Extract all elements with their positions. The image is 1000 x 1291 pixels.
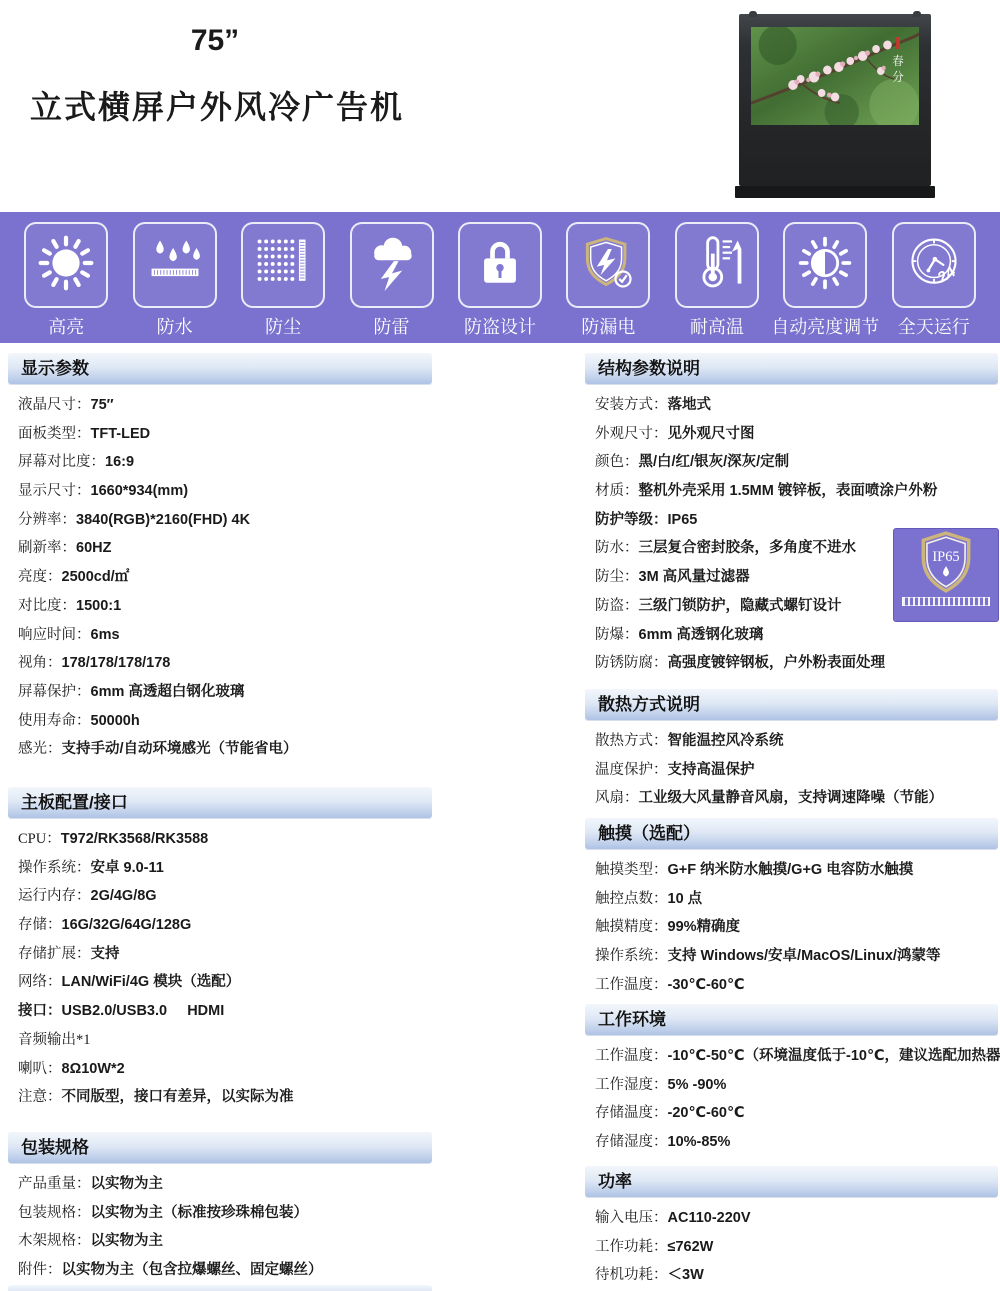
- spec-value: 以实物为主: [91, 1233, 164, 1249]
- spec-value: -20℃-60℃: [668, 1105, 745, 1121]
- spec-value: TFT-LED: [91, 426, 151, 442]
- section-body: 液晶尺寸：75″ 面板类型：TFT-LED 屏幕对比度：16:9 显示尺寸：16…: [8, 384, 432, 764]
- spec-value: 6ms: [91, 627, 120, 643]
- spec-value: 支持高温保护: [668, 762, 755, 778]
- spec-value: 75″: [91, 397, 114, 413]
- feature-icon-box: [566, 222, 650, 308]
- screen-art-text: 春: [892, 55, 904, 68]
- spec-label: 注意：: [18, 1089, 62, 1105]
- spec-row: 屏幕对比度：16:9: [18, 448, 432, 477]
- spec-value: 黑/白/红/银灰/深灰/定制: [639, 454, 790, 470]
- spec-label: 安装方式：: [595, 397, 668, 413]
- spec-value: IP65: [668, 512, 698, 528]
- spec-label: 触摸类型：: [595, 862, 668, 878]
- spec-row: 感光：支持手动/自动环境感光（节能省电）: [18, 735, 432, 764]
- kiosk-screen: 春 分: [751, 27, 919, 125]
- spec-label: 液晶尺寸：: [18, 397, 91, 413]
- feature-label: 防盗设计: [464, 313, 536, 339]
- spec-row: 工作湿度：5% -90%: [595, 1071, 998, 1100]
- page-title: 立式横屏户外风冷广告机: [30, 82, 404, 128]
- spec-row: 防盗：三级门锁防护，隐藏式螺钉设计: [595, 592, 998, 621]
- spec-label: 音频输出*1: [18, 1032, 91, 1048]
- spec-value: 安卓 9.0-11: [91, 860, 164, 876]
- section-title: 显示参数: [21, 359, 89, 378]
- spec-value: 见外观尺寸图: [668, 426, 755, 442]
- spec-row: 防尘：3M 高风量过滤器: [595, 563, 998, 592]
- feature-item: 防尘: [229, 222, 337, 339]
- spec-row: 工作温度：-10℃-50℃（环境温度低于-10℃，建议选配加热器）: [595, 1042, 998, 1071]
- spec-row: 防水：三层复合密封胶条，多角度不进水: [595, 534, 998, 563]
- spec-value: LAN/WiFi/4G 模块（选配）: [62, 974, 241, 990]
- spec-label: 包装规格：: [18, 1205, 91, 1221]
- spec-row: 屏幕保护：6mm 高透超白钢化玻璃: [18, 678, 432, 707]
- spec-row: 颜色：黑/白/红/银灰/深灰/定制: [595, 448, 998, 477]
- size-label: 75”: [90, 24, 340, 58]
- spec-value: 60HZ: [76, 540, 111, 556]
- spec-label: 操作系统：: [18, 860, 91, 876]
- spec-value: 三层复合密封胶条，多角度不进水: [639, 540, 857, 556]
- section-title: 触摸（选配）: [598, 824, 700, 843]
- section-title: 结构参数说明: [598, 359, 700, 378]
- section-header: 功率: [585, 1165, 998, 1197]
- spec-section: 主板配置/接口 CPU：T972/RK3568/RK3588 操作系统：安卓 9…: [8, 786, 432, 1112]
- spec-row: 音频输出*1: [18, 1026, 432, 1055]
- spec-value: 三级门锁防护，隐藏式螺钉设计: [639, 598, 842, 614]
- sun-icon: [36, 232, 96, 299]
- feature-icon-box: 24: [892, 222, 976, 308]
- spec-row: 散热方式：智能温控风冷系统: [595, 727, 998, 756]
- spec-row: 接口：USB2.0/USB3.0 HDMI: [18, 997, 432, 1026]
- dustproof-icon: [253, 232, 313, 299]
- kiosk-body: 春 分: [739, 14, 931, 186]
- spec-row: 材质：整机外壳采用 1.5MM 镀锌板，表面喷涂户外粉: [595, 477, 998, 506]
- section-body: 产品重量：以实物为主 包装规格：以实物为主（标准按珍珠棉包装） 木架规格：以实物…: [8, 1163, 432, 1285]
- spec-label: 防锈防腐：: [595, 655, 668, 671]
- spec-label: 附件：: [18, 1262, 62, 1278]
- section-header: 包装规格: [8, 1131, 432, 1163]
- feature-label: 自动亮度调节: [771, 313, 879, 339]
- spec-label: 显示尺寸：: [18, 483, 91, 499]
- spec-label: 产品重量：: [18, 1176, 91, 1192]
- spec-label: 工作湿度：: [595, 1077, 668, 1093]
- shield-bolt-icon: [578, 232, 638, 299]
- feature-icon-box: [350, 222, 434, 308]
- spec-row: 触摸类型：G+F 纳米防水触摸/G+G 电容防水触摸: [595, 856, 998, 885]
- section-body: 输入电压：AC110-220V 工作功耗：≤762W 待机功耗：＜3W: [585, 1197, 998, 1290]
- spec-row: 工作功耗：≤762W: [595, 1233, 998, 1262]
- spec-row: 视角：178/178/178/178: [18, 649, 432, 678]
- auto-brightness-icon: [795, 232, 855, 299]
- spec-label: 屏幕保护：: [18, 684, 91, 700]
- spec-row: 使用寿命：50000h: [18, 707, 432, 736]
- spec-row: 对比度：1500:1: [18, 592, 432, 621]
- spec-label: 感光：: [18, 741, 62, 757]
- spec-label: 工作温度：: [595, 977, 668, 993]
- spec-value: 16G/32G/64G/128G: [62, 917, 192, 933]
- feature-icon-box: [241, 222, 325, 308]
- spec-label: CPU：: [18, 831, 61, 847]
- spec-label: 温度保护：: [595, 762, 668, 778]
- spec-label: 触摸精度：: [595, 919, 668, 935]
- spec-value: AC110-220V: [668, 1210, 751, 1226]
- spec-row: 操作系统：安卓 9.0-11: [18, 854, 432, 883]
- thermometer-icon: [687, 232, 747, 299]
- spec-label: 输入电压：: [595, 1210, 668, 1226]
- spec-label: 喇叭：: [18, 1061, 62, 1077]
- feature-icon-box: [24, 222, 108, 308]
- spec-value: 以实物为主（标准按珍珠棉包装）: [91, 1205, 309, 1221]
- spec-label: 操作系统：: [595, 948, 668, 964]
- section-body: 触摸类型：G+F 纳米防水触摸/G+G 电容防水触摸 触控点数：10 点 触摸精…: [585, 849, 998, 999]
- spec-label: 防爆：: [595, 627, 639, 643]
- spec-label: 颜色：: [595, 454, 639, 470]
- section-header: 触摸（选配）: [585, 817, 998, 849]
- spec-label: 对比度：: [18, 598, 76, 614]
- spec-value: ＜3W: [668, 1267, 704, 1283]
- spec-value: 落地式: [668, 397, 712, 413]
- feature-item: 防雷: [337, 222, 445, 339]
- spec-row: 木架规格：以实物为主: [18, 1227, 432, 1256]
- spec-value: 6mm 高透钢化玻璃: [639, 627, 764, 643]
- spec-row: 包装规格：以实物为主（标准按珍珠棉包装）: [18, 1199, 432, 1228]
- spec-row: 面板类型：TFT-LED: [18, 420, 432, 449]
- spec-label: 分辨率：: [18, 512, 76, 528]
- section-body: 散热方式：智能温控风冷系统 温度保护：支持高温保护 风扇：工业级大风量静音风扇，…: [585, 720, 998, 813]
- feature-icon-box: [458, 222, 542, 308]
- spec-value: 支持手动/自动环境感光（节能省电）: [62, 741, 298, 757]
- spec-row: 触摸精度：99%精确度: [595, 913, 998, 942]
- spec-label: 存储扩展：: [18, 946, 91, 962]
- spec-row: 安装方式：落地式: [595, 391, 998, 420]
- spec-label: 防盗：: [595, 598, 639, 614]
- feature-label: 全天运行: [898, 313, 970, 339]
- spec-value: 2500cd/㎡: [62, 569, 130, 585]
- feature-item: 自动亮度调节: [771, 222, 879, 339]
- feature-icon-box: [783, 222, 867, 308]
- spec-value: 10%-85%: [668, 1134, 731, 1150]
- section-title: 工作环境: [598, 1010, 666, 1029]
- spec-row: 产品重量：以实物为主: [18, 1170, 432, 1199]
- section-header: 主板配置/接口: [8, 786, 432, 818]
- feature-item: 防漏电: [554, 222, 662, 339]
- section-title: 功率: [598, 1172, 632, 1191]
- spec-row: 运行内存：2G/4G/8G: [18, 882, 432, 911]
- spec-row: 附件：以实物为主（包含拉爆螺丝、固定螺丝）: [18, 1256, 432, 1285]
- spec-row: 网络：LAN/WiFi/4G 模块（选配）: [18, 968, 432, 997]
- spec-row: 刷新率：60HZ: [18, 534, 432, 563]
- spec-label: 工作功耗：: [595, 1239, 668, 1255]
- partial-section-bar: [8, 1285, 432, 1291]
- spec-label: 存储温度：: [595, 1105, 668, 1121]
- spec-value: 以实物为主: [91, 1176, 164, 1192]
- kiosk-base: [735, 186, 935, 198]
- spec-label: 触控点数：: [595, 891, 668, 907]
- spec-value: 10 点: [668, 891, 703, 907]
- feature-label: 耐高温: [690, 313, 744, 339]
- spec-section: 散热方式说明 散热方式：智能温控风冷系统 温度保护：支持高温保护 风扇：工业级大…: [585, 688, 998, 813]
- feature-item: 高亮: [12, 222, 120, 339]
- spec-value: 3840(RGB)*2160(FHD) 4K: [76, 512, 250, 528]
- spec-value: 不同版型，接口有差异，以实际为准: [62, 1089, 294, 1105]
- spec-label: 防护等级：: [595, 512, 668, 528]
- section-title: 包装规格: [21, 1138, 89, 1157]
- spec-row: CPU：T972/RK3568/RK3588: [18, 825, 432, 854]
- spec-value: 支持: [91, 946, 120, 962]
- svg-text:分: 分: [892, 70, 904, 84]
- spec-row: 风扇：工业级大风量静音风扇，支持调速降噪（节能）: [595, 784, 998, 813]
- spec-row: 待机功耗：＜3W: [595, 1261, 998, 1290]
- section-body: 工作温度：-10℃-50℃（环境温度低于-10℃，建议选配加热器） 工作湿度：5…: [585, 1035, 998, 1157]
- section-body: CPU：T972/RK3568/RK3588 操作系统：安卓 9.0-11 运行…: [8, 818, 432, 1112]
- spec-row: 亮度：2500cd/㎡: [18, 563, 432, 592]
- spec-label: 视角：: [18, 655, 62, 671]
- spec-row: 分辨率：3840(RGB)*2160(FHD) 4K: [18, 506, 432, 535]
- spec-section: 显示参数 液晶尺寸：75″ 面板类型：TFT-LED 屏幕对比度：16:9 显示…: [8, 352, 432, 764]
- lifting-hook: [749, 11, 757, 17]
- spec-row: 响应时间：6ms: [18, 621, 432, 650]
- feature-icon-box: [133, 222, 217, 308]
- section-header: 结构参数说明: [585, 352, 998, 384]
- spec-row: 存储温度：-20℃-60℃: [595, 1099, 998, 1128]
- spec-value: G+F 纳米防水触摸/G+G 电容防水触摸: [668, 862, 914, 878]
- feature-item: 24 全天运行: [880, 222, 988, 339]
- spec-value: ≤762W: [668, 1239, 714, 1255]
- blossom-artwork: 春 分: [751, 27, 919, 125]
- spec-row: 注意：不同版型，接口有差异，以实际为准: [18, 1083, 432, 1112]
- spec-value: 整机外壳采用 1.5MM 镀锌板，表面喷涂户外粉: [639, 483, 938, 499]
- feature-label: 防尘: [265, 313, 301, 339]
- spec-label: 存储：: [18, 917, 62, 933]
- spec-section: 工作环境 工作温度：-10℃-50℃（环境温度低于-10℃，建议选配加热器） 工…: [585, 1003, 998, 1157]
- spec-value: 1660*934(mm): [91, 483, 189, 499]
- section-header: 显示参数: [8, 352, 432, 384]
- spec-label: 散热方式：: [595, 733, 668, 749]
- spec-row: 存储湿度：10%-85%: [595, 1128, 998, 1157]
- spec-value: -30℃-60℃: [668, 977, 745, 993]
- spec-value: 支持 Windows/安卓/MacOS/Linux/鸿蒙等: [668, 948, 941, 964]
- spec-row: 防锈防腐：高强度镀锌钢板，户外粉表面处理: [595, 649, 998, 678]
- spec-label: 木架规格：: [18, 1233, 91, 1249]
- spec-value: 1500:1: [76, 598, 121, 614]
- feature-icon-box: [675, 222, 759, 308]
- spec-value: 50000h: [91, 713, 140, 729]
- spec-label: 刷新率：: [18, 540, 76, 556]
- spec-label: 工作温度：: [595, 1048, 668, 1064]
- spec-row: 存储扩展：支持: [18, 940, 432, 969]
- spec-label: 风扇：: [595, 790, 639, 806]
- spec-row: 液晶尺寸：75″: [18, 391, 432, 420]
- spec-row: 工作温度：-30℃-60℃: [595, 971, 998, 1000]
- spec-label: 防尘：: [595, 569, 639, 585]
- product-photo: 春 分: [735, 10, 935, 198]
- spec-label: 防水：: [595, 540, 639, 556]
- feature-banner: 高亮 防水 防尘 防雷: [0, 212, 1000, 343]
- spec-value: 3M 高风量过滤器: [639, 569, 750, 585]
- feature-label: 防水: [157, 313, 193, 339]
- feature-label: 防雷: [374, 313, 410, 339]
- spec-label: 亮度：: [18, 569, 62, 585]
- spec-value: 2G/4G/8G: [91, 888, 157, 904]
- spec-label: 响应时间：: [18, 627, 91, 643]
- spec-value: 以实物为主（包含拉爆螺丝、固定螺丝）: [62, 1262, 323, 1278]
- lifting-hook: [913, 11, 921, 17]
- spec-label: 使用寿命：: [18, 713, 91, 729]
- spec-section: 包装规格 产品重量：以实物为主 包装规格：以实物为主（标准按珍珠棉包装） 木架规…: [8, 1131, 432, 1285]
- spec-value: T972/RK3568/RK3588: [61, 831, 209, 847]
- lock-icon: [470, 232, 530, 299]
- feature-item: 耐高温: [663, 222, 771, 339]
- lightning-cloud-icon: [362, 232, 422, 299]
- spec-label: 运行内存：: [18, 888, 91, 904]
- spec-value: 工业级大风量静音风扇，支持调速降噪（节能）: [639, 790, 944, 806]
- spec-label: 网络：: [18, 974, 62, 990]
- spec-row: 操作系统：支持 Windows/安卓/MacOS/Linux/鸿蒙等: [595, 942, 998, 971]
- spec-sheet-page: 75” 立式横屏户外风冷广告机: [0, 0, 1000, 1291]
- spec-section: 功率 输入电压：AC110-220V 工作功耗：≤762W 待机功耗：＜3W: [585, 1165, 998, 1290]
- spec-label: 待机功耗：: [595, 1267, 668, 1283]
- section-header: 工作环境: [585, 1003, 998, 1035]
- spec-section: 结构参数说明 安装方式：落地式 外观尺寸：见外观尺寸图 颜色：黑/白/红/银灰/…: [585, 352, 998, 678]
- spec-row: 触控点数：10 点: [595, 885, 998, 914]
- spec-value: 5% -90%: [668, 1077, 727, 1093]
- spec-label: 面板类型：: [18, 426, 91, 442]
- spec-row: 外观尺寸：见外观尺寸图: [595, 420, 998, 449]
- clock-24-icon: 24: [904, 232, 964, 299]
- spec-row: 防护等级：IP65: [595, 506, 998, 535]
- spec-row: 输入电压：AC110-220V: [595, 1204, 998, 1233]
- spec-row: 喇叭：8Ω10W*2: [18, 1055, 432, 1084]
- spec-value: 16:9: [105, 454, 134, 470]
- feature-label: 高亮: [48, 313, 84, 339]
- spec-row: 温度保护：支持高温保护: [595, 756, 998, 785]
- spec-value: 8Ω10W*2: [62, 1061, 125, 1077]
- spec-value: 99%精确度: [668, 919, 741, 935]
- spec-label: 材质：: [595, 483, 639, 499]
- waterproof-icon: [145, 232, 205, 299]
- spec-label: 外观尺寸：: [595, 426, 668, 442]
- spec-value: 智能温控风冷系统: [668, 733, 784, 749]
- spec-row: 防爆：6mm 高透钢化玻璃: [595, 621, 998, 650]
- spec-row: 存储：16G/32G/64G/128G: [18, 911, 432, 940]
- feature-label: 防漏电: [581, 313, 635, 339]
- spec-label: 存储湿度：: [595, 1134, 668, 1150]
- feature-item: 防盗设计: [446, 222, 554, 339]
- spec-label: 接口：: [18, 1003, 62, 1019]
- spec-section: 触摸（选配） 触摸类型：G+F 纳米防水触摸/G+G 电容防水触摸 触控点数：1…: [585, 817, 998, 999]
- spec-label: 屏幕对比度：: [18, 454, 105, 470]
- section-header: 散热方式说明: [585, 688, 998, 720]
- section-body: 安装方式：落地式 外观尺寸：见外观尺寸图 颜色：黑/白/红/银灰/深灰/定制 材…: [585, 384, 998, 678]
- section-title: 散热方式说明: [598, 695, 700, 714]
- spec-value: 6mm 高透超白钢化玻璃: [91, 684, 245, 700]
- feature-item: 防水: [120, 222, 228, 339]
- spec-row: 显示尺寸：1660*934(mm): [18, 477, 432, 506]
- spec-value: 高强度镀锌钢板，户外粉表面处理: [668, 655, 886, 671]
- section-title: 主板配置/接口: [21, 793, 128, 812]
- spec-value: 178/178/178/178: [62, 655, 171, 671]
- spec-value: -10℃-50℃（环境温度低于-10℃，建议选配加热器）: [668, 1048, 1000, 1064]
- spec-value: USB2.0/USB3.0 HDMI: [62, 1003, 225, 1019]
